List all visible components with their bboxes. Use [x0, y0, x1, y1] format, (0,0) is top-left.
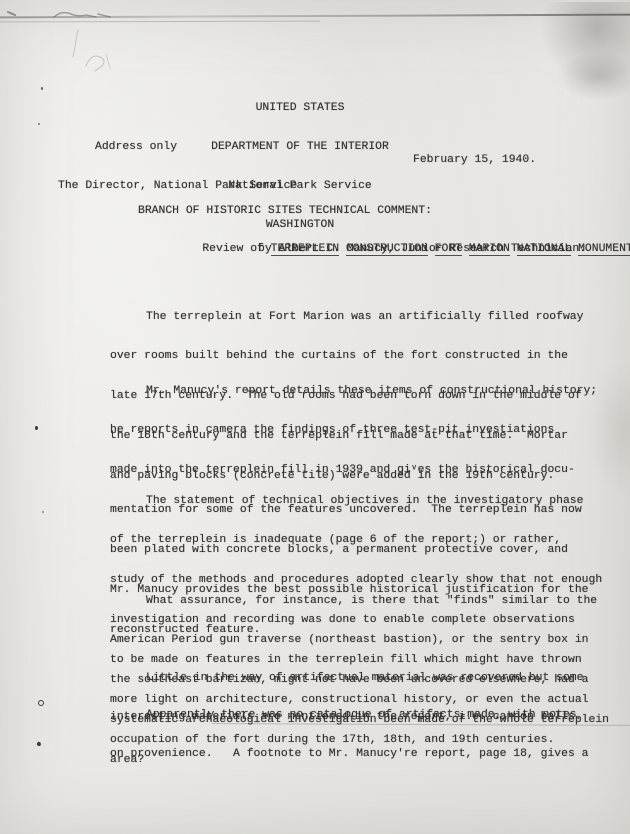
paragraph-line: Apparently there was no catalogue of art… [110, 709, 589, 722]
byline: by Albert C. Manucy, Junior Research Tec… [258, 243, 586, 256]
scanned-document-page: UNITED STATES DEPARTMENT OF THE INTERIOR… [0, 0, 630, 834]
letterhead-country: UNITED STATES [170, 102, 430, 115]
date-line: February 15, 1940. [413, 154, 536, 167]
ink-speck-ring [38, 700, 44, 706]
paragraph-line: he reports in camera the findings of thr… [110, 424, 597, 437]
ink-speck [36, 741, 41, 746]
director-line: The Director, National Park Service [58, 180, 297, 193]
paragraph-line: of the terreplein is inadequate (page 6 … [110, 534, 602, 547]
paragraph-line: What assurance, for instance, is there t… [110, 595, 609, 608]
paragraph-line: The terreplein at Fort Marion was an art… [110, 311, 583, 324]
ink-speck [38, 123, 40, 125]
pencil-scribble-marks [2, 4, 162, 94]
address-block: Address only The Director, National Park… [58, 115, 297, 219]
comment-heading: BRANCH OF HISTORIC SITES TECHNICAL COMME… [138, 205, 432, 218]
ink-speck [35, 426, 38, 430]
paragraph-6: Apparently there was no catalogue of art… [110, 682, 589, 788]
review-prefix: Review of [202, 243, 264, 255]
paragraph-line: on provenience. A footnote to Mr. Manucy… [110, 748, 589, 761]
paragraph-line: Mr. Manucy's report details these items … [110, 385, 597, 398]
ink-speck [42, 511, 44, 513]
paragraph-line: The statement of technical objectives in… [110, 495, 602, 508]
scan-smudge-top-right-2 [558, 52, 630, 100]
address-only-line: Address only [58, 141, 297, 154]
